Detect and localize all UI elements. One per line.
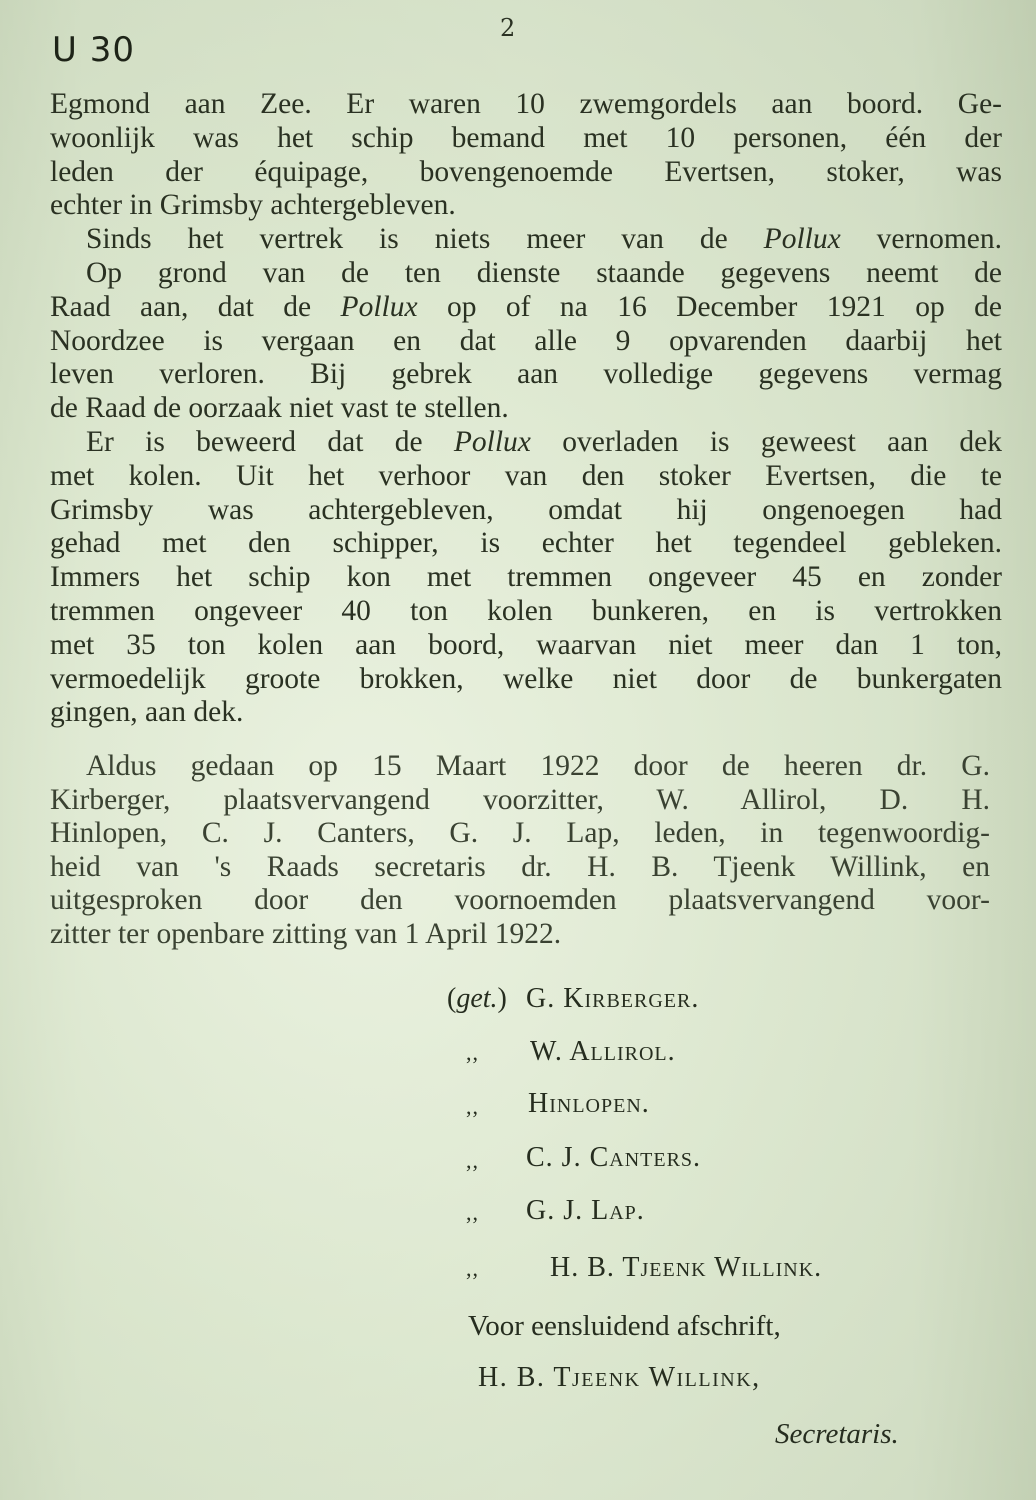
ditto-mark: ,, [466, 1200, 479, 1226]
signatory-name: C. J. Canters. [526, 1142, 701, 1174]
ditto-mark: ,, [466, 1040, 479, 1066]
signatory-name: H. B. Tjeenk Willink. [550, 1252, 822, 1284]
signed-label: (get.) [447, 983, 507, 1015]
document-page: U 30 2 Egmond aan Zee. Er waren 10 zwemg… [0, 0, 1036, 1500]
signature-block: (get.) G. Kirberger. ,, W. Allirol. ,, H… [0, 0, 1036, 1500]
certification-statement: Voor eensluidend afschrift, [468, 1310, 781, 1343]
signatory-name: G. Kirberger. [526, 983, 699, 1015]
ditto-mark: ,, [466, 1094, 479, 1120]
ditto-mark: ,, [466, 1148, 479, 1174]
signatory-name: W. Allirol. [530, 1036, 676, 1068]
signatory-name: Hinlopen. [528, 1088, 650, 1120]
certifier-title: Secretaris. [775, 1418, 899, 1451]
certifier-name: H. B. Tjeenk Willink, [478, 1362, 761, 1394]
signatory-name: G. J. Lap. [526, 1195, 645, 1227]
ditto-mark: ,, [466, 1256, 479, 1282]
